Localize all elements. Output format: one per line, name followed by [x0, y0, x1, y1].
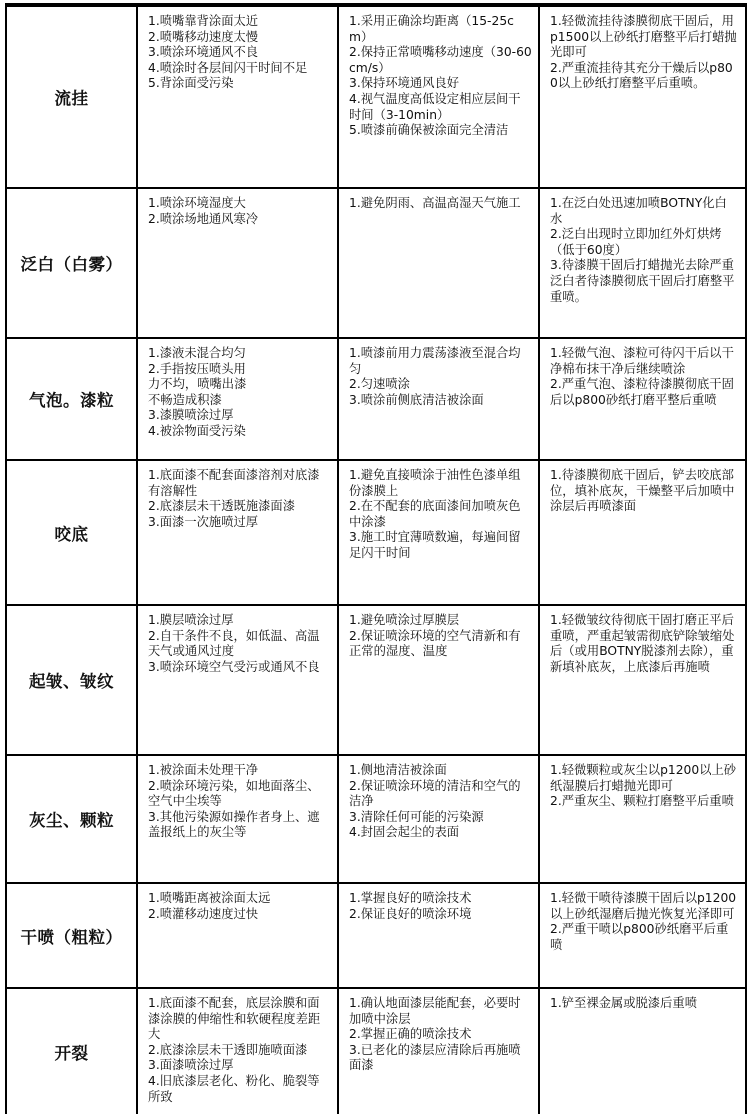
- prevention-cell: 1.确认地面漆层能配套，必要时加喷中涂层2.掌握正确的喷涂技术3.已老化的漆层应…: [338, 988, 539, 1114]
- remedy-line: 2.严重流挂待其充分干燥后以p800以上砂纸打磨整平后重喷。: [550, 61, 739, 92]
- defect-name: 气泡。漆粒: [29, 391, 114, 410]
- causes-cell: 1.底面漆不配套面漆溶剂对底漆有溶解性2.底漆层未干透既施漆面漆3.面漆一次施喷…: [137, 460, 338, 605]
- prevention-line: 1.避免喷涂过厚膜层: [349, 613, 532, 629]
- causes-line: 1.漆液未混合均匀: [148, 346, 331, 362]
- prevention-line: 1.避免阴雨、高温高湿天气施工: [349, 196, 532, 212]
- defect-name-cell: 开裂: [6, 988, 137, 1114]
- causes-line: 1.膜层喷涂过厚: [148, 613, 331, 629]
- causes-line: 1.底面漆不配套面漆溶剂对底漆有溶解性: [148, 468, 331, 499]
- prevention-line: 5.喷漆前确保被涂面完全清洁: [349, 123, 532, 139]
- causes-line: 不畅造成积漆: [148, 393, 331, 409]
- table-row: 气泡。漆粒 1.漆液未混合均匀2.手指按压喷头用力不均，喷嘴出漆不畅造成积漆3.…: [6, 338, 746, 460]
- causes-line: 3.喷涂环境通风不良: [148, 45, 331, 61]
- causes-line: 力不均，喷嘴出漆: [148, 377, 331, 393]
- prevention-cell: 1.采用正确涂均距离（15-25cm）2.保持正常喷嘴移动速度（30-60cm/…: [338, 6, 539, 188]
- defect-name-cell: 泛白（白雾）: [6, 188, 137, 338]
- defect-name: 咬底: [55, 525, 89, 544]
- prevention-line: 3.已老化的漆层应清除后再施喷面漆: [349, 1043, 532, 1074]
- defect-name: 干喷（粗粒）: [21, 928, 123, 947]
- causes-line: 2.自干条件不良，如低温、高温天气或通风过度: [148, 629, 331, 660]
- remedy-line: 2.严重气泡、漆粒待漆膜彻底干固后以p800砂纸打磨平整后重喷: [550, 377, 739, 408]
- prevention-line: 2.在不配套的底面漆间加喷灰色中涂漆: [349, 499, 532, 530]
- table-row: 起皱、皱纹 1.膜层喷涂过厚2.自干条件不良，如低温、高温天气或通风过度3.喷涂…: [6, 605, 746, 755]
- prevention-cell: 1.喷漆前用力震荡漆液至混合均匀2.匀速喷涂3.喷涂前侧底清洁被涂面: [338, 338, 539, 460]
- prevention-line: 1.喷漆前用力震荡漆液至混合均匀: [349, 346, 532, 377]
- causes-cell: 1.被涂面未处理干净2.喷涂环境污染，如地面落尘、空气中尘埃等3.其他污染源如操…: [137, 755, 338, 883]
- causes-line: 2.喷涂场地通风寒冷: [148, 212, 331, 228]
- defect-name-cell: 干喷（粗粒）: [6, 883, 137, 988]
- defect-name: 灰尘、颗粒: [29, 811, 114, 830]
- prevention-line: 2.匀速喷涂: [349, 377, 532, 393]
- causes-line: 1.喷嘴距离被涂面太远: [148, 891, 331, 907]
- defect-name-cell: 气泡。漆粒: [6, 338, 137, 460]
- remedy-line: 1.轻微流挂待漆膜彻底干固后，用p1500以上砂纸打磨整平后打蜡抛光即可: [550, 14, 739, 61]
- prevention-line: 3.保持环境通风良好: [349, 76, 532, 92]
- prevention-line: 1.侧地清洁被涂面: [349, 763, 532, 779]
- remedy-cell: 1.轻微颗粒或灰尘以p1200以上砂纸湿膜后打蜡抛光即可2.严重灰尘、颗粒打磨整…: [539, 755, 746, 883]
- remedy-line: 3.待漆膜干固后打蜡抛光去除严重泛白者待漆膜彻底干固后打磨整平重喷。: [550, 258, 739, 305]
- prevention-line: 4.封固会起尘的表面: [349, 825, 532, 841]
- causes-line: 1.底面漆不配套，底层涂膜和面漆涂膜的伸缩性和软硬程度差距大: [148, 996, 331, 1043]
- causes-cell: 1.喷嘴距离被涂面太远2.喷灌移动速度过快: [137, 883, 338, 988]
- prevention-line: 3.施工时宜薄喷数遍，每遍间留足闪干时间: [349, 530, 532, 561]
- causes-cell: 1.喷涂环境湿度大2.喷涂场地通风寒冷: [137, 188, 338, 338]
- prevention-line: 1.采用正确涂均距离（15-25cm）: [349, 14, 532, 45]
- table-row: 开裂 1.底面漆不配套，底层涂膜和面漆涂膜的伸缩性和软硬程度差距大2.底漆涂层未…: [6, 988, 746, 1114]
- defect-name: 泛白（白雾）: [21, 255, 123, 274]
- causes-line: 4.被涂物面受污染: [148, 424, 331, 440]
- remedy-cell: 1.轻微皱纹待彻底干固打磨正平后重喷，严重起皱需彻底铲除皱缩处后（或用BOTNY…: [539, 605, 746, 755]
- remedy-line: 1.轻微气泡、漆粒可待闪干后以干净棉布抹干净后继续喷涂: [550, 346, 739, 377]
- causes-line: 1.喷嘴靠背涂面太近: [148, 14, 331, 30]
- remedy-line: 1.轻微颗粒或灰尘以p1200以上砂纸湿膜后打蜡抛光即可: [550, 763, 739, 794]
- causes-line: 2.喷涂环境污染，如地面落尘、空气中尘埃等: [148, 779, 331, 810]
- prevention-line: 2.掌握正确的喷涂技术: [349, 1027, 532, 1043]
- remedy-line: 1.待漆膜彻底干固后，铲去咬底部位，填补底灰，干燥整平后加喷中涂层后再喷漆面: [550, 468, 739, 515]
- table-row: 泛白（白雾） 1.喷涂环境湿度大2.喷涂场地通风寒冷 1.避免阴雨、高温高湿天气…: [6, 188, 746, 338]
- prevention-line: 4.视气温度高低设定相应层间干时间（3-10min）: [349, 92, 532, 123]
- causes-line: 2.手指按压喷头用: [148, 362, 331, 378]
- remedy-line: 2.严重灰尘、颗粒打磨整平后重喷: [550, 794, 739, 810]
- prevention-cell: 1.避免喷涂过厚膜层2.保证喷涂环境的空气清新和有正常的湿度、温度: [338, 605, 539, 755]
- prevention-line: 2.保证喷涂环境的空气清新和有正常的湿度、温度: [349, 629, 532, 660]
- remedy-cell: 1.轻微流挂待漆膜彻底干固后，用p1500以上砂纸打磨整平后打蜡抛光即可2.严重…: [539, 6, 746, 188]
- remedy-line: 2.泛白出现时立即加红外灯烘烤（低于60度）: [550, 227, 739, 258]
- causes-line: 3.漆膜喷涂过厚: [148, 408, 331, 424]
- causes-line: 2.喷灌移动速度过快: [148, 907, 331, 923]
- remedy-line: 1.轻微皱纹待彻底干固打磨正平后重喷，严重起皱需彻底铲除皱缩处后（或用BOTNY…: [550, 613, 739, 675]
- prevention-line: 1.确认地面漆层能配套，必要时加喷中涂层: [349, 996, 532, 1027]
- table-row: 干喷（粗粒） 1.喷嘴距离被涂面太远2.喷灌移动速度过快 1.掌握良好的喷涂技术…: [6, 883, 746, 988]
- causes-line: 3.喷涂环境空气受污或通风不良: [148, 660, 331, 676]
- prevention-line: 1.避免直接喷涂于油性色漆单组份漆膜上: [349, 468, 532, 499]
- defect-name-cell: 起皱、皱纹: [6, 605, 137, 755]
- remedy-line: 1.在泛白处迅速加喷BOTNY化白水: [550, 196, 739, 227]
- remedy-line: 1.铲至裸金属或脱漆后重喷: [550, 996, 739, 1012]
- remedy-cell: 1.待漆膜彻底干固后，铲去咬底部位，填补底灰，干燥整平后加喷中涂层后再喷漆面: [539, 460, 746, 605]
- causes-cell: 1.膜层喷涂过厚2.自干条件不良，如低温、高温天气或通风过度3.喷涂环境空气受污…: [137, 605, 338, 755]
- defect-name-cell: 灰尘、颗粒: [6, 755, 137, 883]
- causes-cell: 1.底面漆不配套，底层涂膜和面漆涂膜的伸缩性和软硬程度差距大2.底漆涂层未干透即…: [137, 988, 338, 1114]
- causes-line: 2.底漆涂层未干透即施喷面漆: [148, 1043, 331, 1059]
- causes-line: 5.背涂面受污染: [148, 76, 331, 92]
- causes-line: 3.面漆一次施喷过厚: [148, 515, 331, 531]
- remedy-cell: 1.铲至裸金属或脱漆后重喷: [539, 988, 746, 1114]
- causes-line: 4.旧底漆层老化、粉化、脆裂等所致: [148, 1074, 331, 1105]
- causes-line: 3.其他污染源如操作者身上、遮盖报纸上的灰尘等: [148, 810, 331, 841]
- prevention-line: 3.清除任何可能的污染源: [349, 810, 532, 826]
- table-row: 流挂 1.喷嘴靠背涂面太近2.喷嘴移动速度太慢3.喷涂环境通风不良4.喷涂时各层…: [6, 6, 746, 188]
- causes-line: 4.喷涂时各层间闪干时间不足: [148, 61, 331, 77]
- causes-cell: 1.漆液未混合均匀2.手指按压喷头用力不均，喷嘴出漆不畅造成积漆3.漆膜喷涂过厚…: [137, 338, 338, 460]
- table-row: 灰尘、颗粒 1.被涂面未处理干净2.喷涂环境污染，如地面落尘、空气中尘埃等3.其…: [6, 755, 746, 883]
- prevention-cell: 1.避免阴雨、高温高湿天气施工: [338, 188, 539, 338]
- prevention-cell: 1.侧地清洁被涂面2.保证喷涂环境的清洁和空气的洁净3.清除任何可能的污染源4.…: [338, 755, 539, 883]
- defect-name: 开裂: [55, 1044, 89, 1063]
- causes-line: 3.面漆喷涂过厚: [148, 1058, 331, 1074]
- prevention-line: 2.保持正常喷嘴移动速度（30-60cm/s）: [349, 45, 532, 76]
- remedy-cell: 1.在泛白处迅速加喷BOTNY化白水2.泛白出现时立即加红外灯烘烤（低于60度）…: [539, 188, 746, 338]
- paint-defect-table-sheet: 流挂 1.喷嘴靠背涂面太近2.喷嘴移动速度太慢3.喷涂环境通风不良4.喷涂时各层…: [5, 3, 745, 1114]
- prevention-line: 1.掌握良好的喷涂技术: [349, 891, 532, 907]
- remedy-cell: 1.轻微干喷待漆膜干固后以p1200以上砂纸湿磨后抛光恢复光泽即可2.严重干喷以…: [539, 883, 746, 988]
- paint-defect-table: 流挂 1.喷嘴靠背涂面太近2.喷嘴移动速度太慢3.喷涂环境通风不良4.喷涂时各层…: [5, 3, 747, 1114]
- remedy-line: 2.严重干喷以p800砂纸磨平后重喷: [550, 922, 739, 953]
- prevention-cell: 1.掌握良好的喷涂技术2.保证良好的喷涂环境: [338, 883, 539, 988]
- causes-line: 2.喷嘴移动速度太慢: [148, 30, 331, 46]
- prevention-line: 2.保证喷涂环境的清洁和空气的洁净: [349, 779, 532, 810]
- prevention-line: 2.保证良好的喷涂环境: [349, 907, 532, 923]
- causes-line: 2.底漆层未干透既施漆面漆: [148, 499, 331, 515]
- causes-line: 1.喷涂环境湿度大: [148, 196, 331, 212]
- defect-name: 流挂: [55, 89, 89, 108]
- defect-name-cell: 咬底: [6, 460, 137, 605]
- table-row: 咬底 1.底面漆不配套面漆溶剂对底漆有溶解性2.底漆层未干透既施漆面漆3.面漆一…: [6, 460, 746, 605]
- causes-cell: 1.喷嘴靠背涂面太近2.喷嘴移动速度太慢3.喷涂环境通风不良4.喷涂时各层间闪干…: [137, 6, 338, 188]
- defect-name-cell: 流挂: [6, 6, 137, 188]
- causes-line: 1.被涂面未处理干净: [148, 763, 331, 779]
- prevention-cell: 1.避免直接喷涂于油性色漆单组份漆膜上2.在不配套的底面漆间加喷灰色中涂漆3.施…: [338, 460, 539, 605]
- remedy-cell: 1.轻微气泡、漆粒可待闪干后以干净棉布抹干净后继续喷涂2.严重气泡、漆粒待漆膜彻…: [539, 338, 746, 460]
- defect-name: 起皱、皱纹: [29, 672, 114, 691]
- prevention-line: 3.喷涂前侧底清洁被涂面: [349, 393, 532, 409]
- remedy-line: 1.轻微干喷待漆膜干固后以p1200以上砂纸湿磨后抛光恢复光泽即可: [550, 891, 739, 922]
